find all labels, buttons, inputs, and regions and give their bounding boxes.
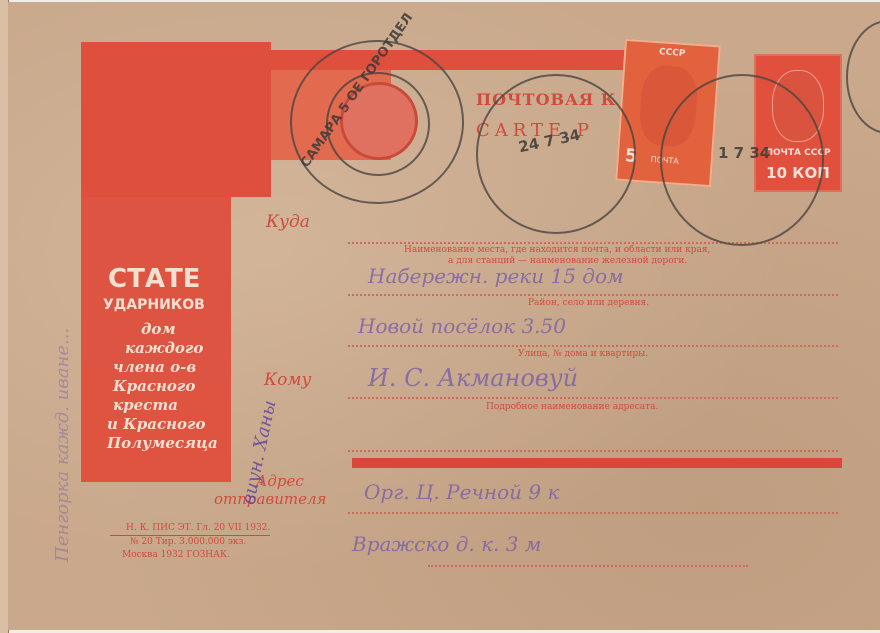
stamp-country: СССР: [626, 45, 718, 61]
handwritten-sender-1: Орг. Ц. Речной 9 к: [364, 480, 559, 504]
handwritten-margin-note: Пенгорка кажд. иване...: [52, 328, 73, 562]
left-panel-subtitle: УДАРНИКОВ: [103, 297, 205, 313]
address-line: [348, 450, 838, 452]
separator-bar: [352, 458, 842, 468]
printer-imprint: Н. К. ПИС ЭТ. Гл. 20 VII 1932. № 20 Тир.…: [110, 522, 270, 562]
slogan-line: креста: [103, 396, 218, 415]
sender-line: [348, 512, 838, 514]
postmark-samara-2: [476, 74, 636, 234]
slogan-line: и Красного: [103, 415, 218, 434]
slogan-line: каждого: [103, 339, 218, 358]
address-line: [348, 294, 838, 296]
postcard: СТАТЕ УДАРНИКОВ дом каждого члена о-в Кр…: [8, 2, 880, 630]
slogan-line: дом: [103, 320, 218, 339]
caption-5: Подробное наименование адресата.: [486, 402, 658, 412]
slogan-line: Красного: [103, 377, 218, 396]
slogan-line: члена о-в: [103, 358, 218, 377]
caption-1: Наименование места, где находится почта,…: [404, 245, 710, 255]
slogan-line: Полумесяца: [103, 434, 218, 453]
left-panel-slogan: дом каждого члена о-в Красного креста и …: [103, 320, 218, 453]
caption-4: Улица, № дома и квартиры.: [518, 349, 648, 359]
handwritten-sender-2: Вражско д. к. 3 м: [352, 532, 541, 556]
imprint-line: Н. К. ПИС ЭТ. Гл. 20 VII 1932.: [110, 522, 270, 536]
address-line: [348, 397, 838, 399]
label-otpravitelya: отправителя: [214, 490, 326, 508]
imprint-line: № 20 Тир. 3.000.000 экз.: [110, 536, 270, 549]
address-line: [348, 345, 838, 347]
imprint-line: Москва 1932 ГОЗНАК.: [110, 549, 270, 562]
postmark-leningrad-2: [846, 20, 880, 134]
left-panel-title: СТАТЕ: [108, 264, 200, 294]
banner-illustration: [81, 42, 271, 197]
caption-3: Район, село или деревня.: [528, 298, 649, 308]
handwritten-address-3: И. С. Акмановуй: [368, 364, 578, 392]
sender-line: [428, 565, 748, 567]
postmark-date: 1 7 34: [718, 144, 770, 162]
label-kuda: Куда: [266, 212, 310, 232]
label-komu: Кому: [264, 370, 311, 390]
handwritten-address-2: Новой посёлок 3.50: [358, 314, 566, 338]
handwritten-address-1: Набережн. реки 15 дом: [368, 264, 624, 288]
